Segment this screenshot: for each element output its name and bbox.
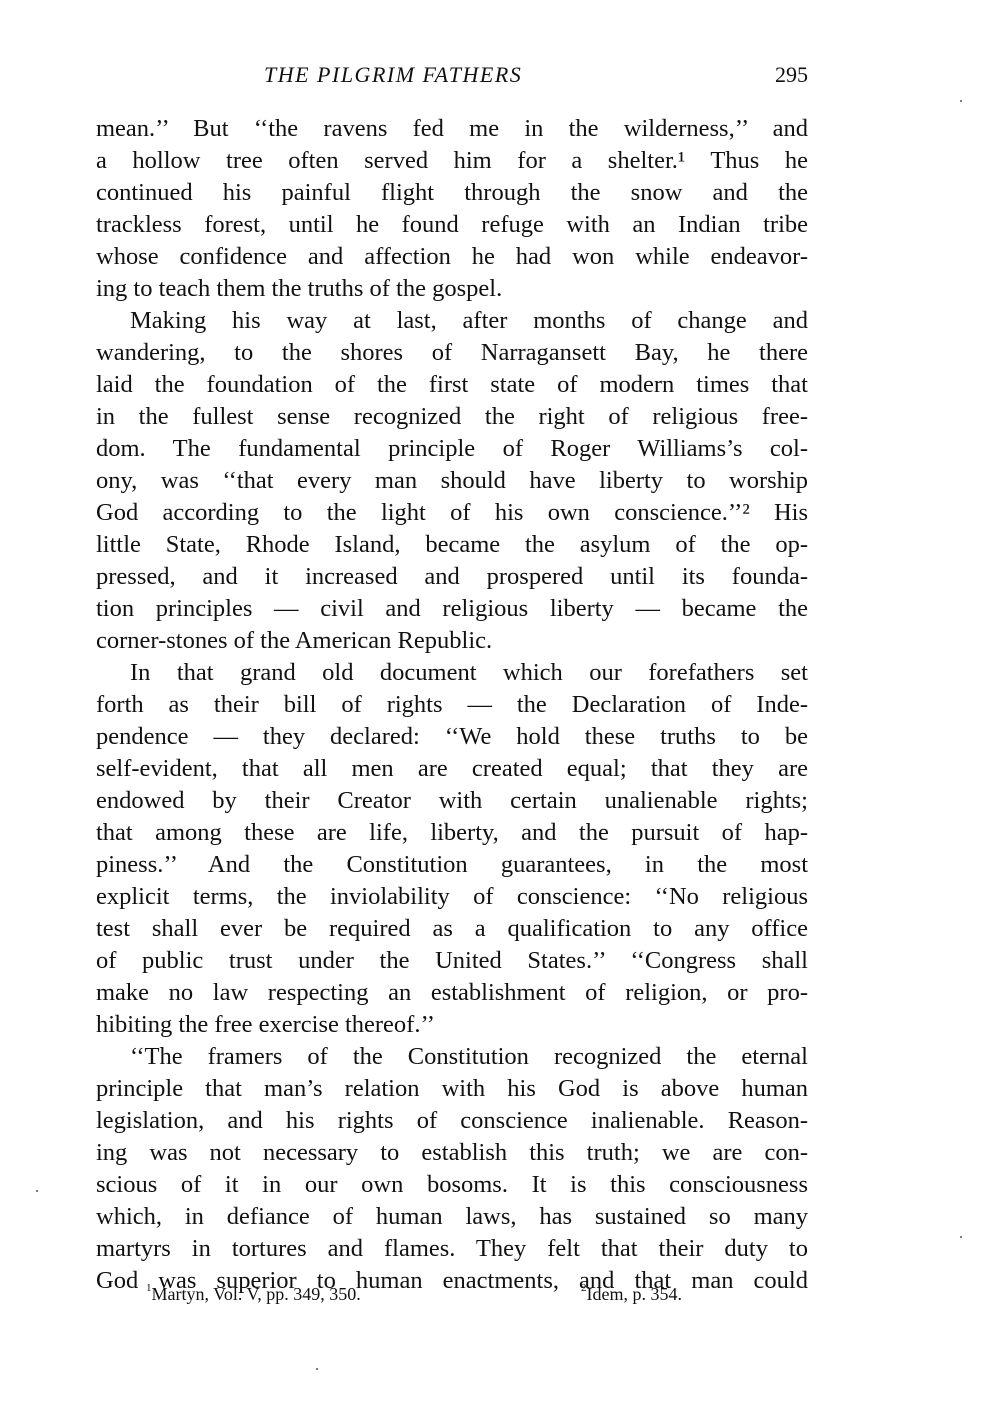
footnotes: 1Martyn, Vol. V, pp. 349, 350. 2Idem, p.…	[96, 1282, 808, 1308]
text-line: ‘‘The framers of the Constitution recogn…	[96, 1041, 808, 1073]
text-line: mean.’’ But ‘‘the ravens fed me in the w…	[96, 113, 808, 145]
footnote-1: 1Martyn, Vol. V, pp. 349, 350.	[146, 1282, 361, 1305]
text-line: tion principles — civil and religious li…	[96, 593, 808, 625]
text-line: test shall ever be required as a qualifi…	[96, 913, 808, 945]
page-header: THE PILGRIM FATHERS 295	[96, 62, 808, 92]
text-line: In that grand old document which our for…	[96, 657, 808, 689]
running-title: THE PILGRIM FATHERS	[264, 62, 522, 88]
text-line: self-evident, that all men are created e…	[96, 753, 808, 785]
text-line: in the fullest sense recognized the righ…	[96, 401, 808, 433]
paragraph-1: mean.’’ But ‘‘the ravens fed me in the w…	[96, 113, 808, 305]
page-body: mean.’’ But ‘‘the ravens fed me in the w…	[96, 113, 808, 1297]
text-line: which, in defiance of human laws, has su…	[96, 1201, 808, 1233]
text-line: a hollow tree often served him for a she…	[96, 145, 808, 177]
scan-speck	[36, 1190, 38, 1192]
text-line: principle that man’s relation with his G…	[96, 1073, 808, 1105]
paragraph-4: ‘‘The framers of the Constitution recogn…	[96, 1041, 808, 1297]
paragraph-3: In that grand old document which our for…	[96, 657, 808, 1041]
page-number: 295	[775, 62, 808, 88]
text-line: trackless forest, until he found refuge …	[96, 209, 808, 241]
scan-speck	[960, 100, 962, 102]
text-line: ing to teach them the truths of the gosp…	[96, 273, 808, 305]
scan-speck	[316, 1368, 318, 1370]
footnote-text: Idem, p. 354.	[587, 1284, 682, 1304]
text-line: ing was not necessary to establish this …	[96, 1137, 808, 1169]
text-line: martyrs in tortures and flames. They fel…	[96, 1233, 808, 1265]
text-line: corner-stones of the American Republic.	[96, 625, 808, 657]
text-line: whose confidence and affection he had wo…	[96, 241, 808, 273]
text-line: Making his way at last, after months of …	[96, 305, 808, 337]
text-line: scious of it in our own bosoms. It is th…	[96, 1169, 808, 1201]
text-line: legislation, and his rights of conscienc…	[96, 1105, 808, 1137]
text-line: that among these are life, liberty, and …	[96, 817, 808, 849]
text-line: continued his painful flight through the…	[96, 177, 808, 209]
text-line: explicit terms, the inviolability of con…	[96, 881, 808, 913]
scan-speck	[960, 1236, 962, 1238]
text-line: piness.’’ And the Constitution guarantee…	[96, 849, 808, 881]
text-line: of public trust under the United States.…	[96, 945, 808, 977]
paragraph-2: Making his way at last, after months of …	[96, 305, 808, 657]
text-line: ony, was ‘‘that every man should have li…	[96, 465, 808, 497]
footnote-text: Martyn, Vol. V, pp. 349, 350.	[152, 1284, 361, 1304]
text-line: make no law respecting an establishment …	[96, 977, 808, 1009]
footnote-2: 2Idem, p. 354.	[581, 1282, 682, 1305]
text-line: pendence — they declared: ‘‘We hold thes…	[96, 721, 808, 753]
text-line: forth as their bill of rights — the Decl…	[96, 689, 808, 721]
text-line: little State, Rhode Island, became the a…	[96, 529, 808, 561]
text-line: endowed by their Creator with certain un…	[96, 785, 808, 817]
text-line: dom. The fundamental principle of Roger …	[96, 433, 808, 465]
text-line: God according to the light of his own co…	[96, 497, 808, 529]
text-line: wandering, to the shores of Narragansett…	[96, 337, 808, 369]
text-line: hibiting the free exercise thereof.’’	[96, 1009, 808, 1041]
text-line: laid the foundation of the first state o…	[96, 369, 808, 401]
text-line: pressed, and it increased and prospered …	[96, 561, 808, 593]
